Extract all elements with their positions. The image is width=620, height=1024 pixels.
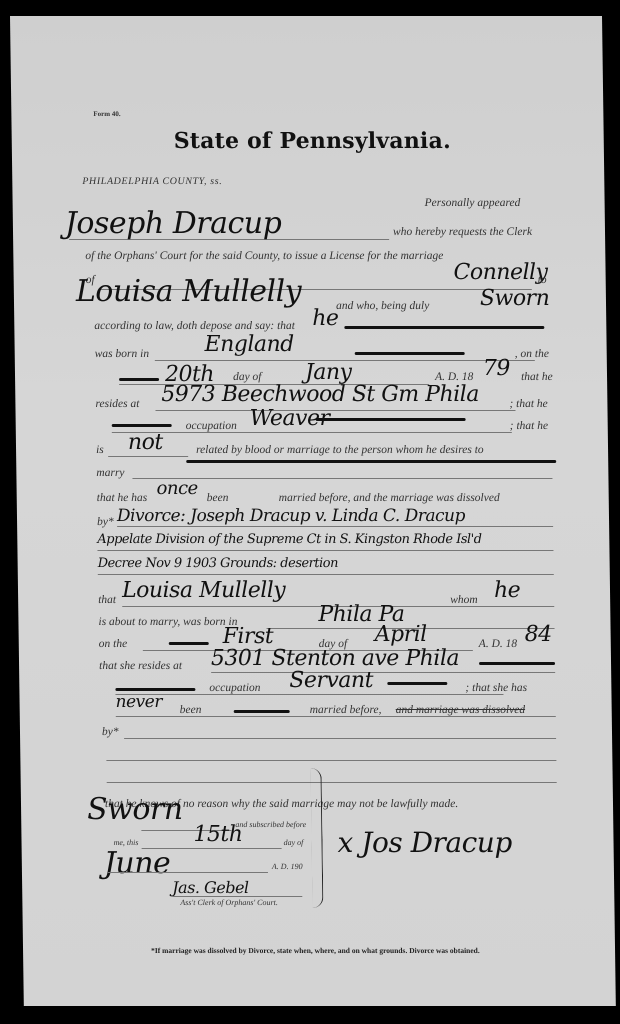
printed-married-before-dissolved: married before, and the marriage was dis… — [279, 492, 500, 504]
printed-marry: marry — [96, 467, 124, 479]
printed-is: is — [96, 444, 104, 456]
marriage-license-document: Form 40. State of Pennsylvania. PHILADEL… — [10, 16, 616, 1006]
pen-dash — [316, 418, 466, 421]
printed-been: been — [207, 492, 229, 504]
rule-by-2 — [124, 738, 556, 739]
printed-being-duly: and who, being duly — [336, 300, 429, 312]
pen-dash — [387, 682, 447, 685]
handwritten-applicant-signature: x Jos Dracup — [337, 826, 512, 859]
brace-divider — [311, 768, 324, 908]
printed-ad-18-2: A. D. 18 — [479, 638, 518, 650]
rule-she-resides — [211, 672, 555, 673]
printed-to: to — [538, 274, 547, 286]
pen-dash — [112, 424, 172, 427]
printed-sworn-subscribed: and subscribed before — [235, 820, 306, 829]
handwritten-birth-year: 79 — [483, 356, 510, 381]
rule-resides — [156, 410, 516, 411]
rule-divorce-3 — [98, 574, 554, 575]
printed-requests-clerk: who hereby requests the Clerk — [393, 226, 532, 238]
rule-month — [108, 872, 268, 873]
printed-orphans-court: of the Orphans' Court for the said Count… — [85, 250, 443, 262]
printed-struck-dissolved: and marriage was dissolved — [396, 704, 526, 716]
handwritten-divorce-line2: Appelate Division of the Supreme Ct in S… — [97, 532, 481, 547]
handwritten-he: he — [312, 306, 339, 331]
rule-clerk — [172, 896, 302, 897]
handwritten-bride-birth-year: 84 — [524, 622, 551, 647]
footnote: *If marriage was dissolved by Divorce, s… — [151, 946, 480, 955]
printed-on-the: , on the — [515, 348, 549, 360]
printed-ad-190: A. D. 190 — [272, 862, 303, 871]
handwritten-residence: 5973 Beechwood St Gm Phila — [161, 382, 479, 407]
handwritten-bride-married: never — [115, 692, 162, 712]
form-number: Form 40. — [93, 110, 120, 118]
pen-dash — [186, 460, 556, 463]
pen-dash — [479, 662, 555, 665]
rule-is — [108, 456, 188, 457]
handwritten-sworn-day: 15th — [193, 822, 242, 847]
rule-blank-2 — [107, 782, 557, 783]
printed-that-she-has: ; that she has — [465, 682, 527, 694]
handwritten-bride-name: Louisa Mullelly — [76, 274, 302, 309]
handwritten-connelly: Connelly — [453, 260, 547, 285]
printed-was-born-in: was born in — [95, 348, 149, 360]
county-heading: PHILADELPHIA COUNTY, ss. — [82, 176, 222, 187]
rule-occupation — [112, 432, 512, 433]
rule-occupation-2 — [115, 694, 503, 695]
printed-day-of-3: day of — [283, 838, 303, 847]
handwritten-related: not — [128, 430, 163, 455]
printed-that: that — [98, 594, 116, 606]
pen-dash — [119, 378, 159, 381]
printed-occupation-2: occupation — [209, 682, 260, 694]
rule-blank-1 — [106, 760, 556, 761]
pen-dash — [234, 710, 290, 713]
printed-that-he-has: that he has — [97, 492, 148, 504]
printed-whom: whom — [450, 594, 478, 606]
document-title: State of Pennsylvania. — [174, 128, 451, 154]
printed-that-he: that he — [521, 371, 553, 383]
handwritten-bride-name-2: Louisa Mullelly — [122, 578, 286, 603]
handwritten-applicant-name: Joseph Dracup — [65, 206, 282, 241]
printed-related-by-blood: related by blood or marriage to the pers… — [196, 444, 484, 456]
printed-by: by* — [97, 516, 114, 528]
handwritten-sworn: Sworn — [480, 286, 550, 311]
handwritten-divorce-line3: Decree Nov 9 1903 Grounds: desertion — [98, 556, 338, 571]
handwritten-clerk-signature: Jas. Gebel — [172, 878, 249, 897]
printed-occupation: occupation — [186, 420, 237, 432]
handwritten-divorce-line1: Divorce: Joseph Dracup v. Linda C. Dracu… — [117, 506, 465, 526]
printed-resides-at: resides at — [95, 398, 139, 410]
pen-dash — [115, 688, 195, 691]
handwritten-sworn-2: Sworn — [87, 792, 183, 827]
pen-dash — [169, 642, 209, 645]
handwritten-bride-occupation: Servant — [289, 668, 373, 693]
printed-on-the-2: on the — [99, 638, 128, 650]
printed-married-before-2: married before, — [310, 704, 382, 716]
printed-that-he-3: ; that he — [510, 420, 548, 432]
printed-been-2: been — [180, 704, 202, 716]
rule-by — [117, 526, 553, 527]
rule-divorce-2 — [97, 550, 553, 551]
handwritten-whom-he: he — [494, 578, 521, 603]
rule-never — [116, 716, 556, 717]
printed-that-he-2: ; that he — [509, 398, 547, 410]
printed-is-about-to-marry: is about to marry, was born in — [98, 616, 237, 628]
printed-clerk-title: Ass't Clerk of Orphans' Court. — [180, 898, 278, 907]
printed-that-she-resides: that she resides at — [99, 660, 182, 672]
printed-personally-appeared: Personally appeared — [425, 197, 521, 209]
pen-dash — [344, 326, 544, 329]
printed-by-2: by* — [102, 726, 119, 738]
pen-dash — [355, 352, 465, 355]
handwritten-times-married: once — [156, 478, 197, 499]
handwritten-birthplace: England — [204, 332, 294, 357]
handwritten-sworn-month: June — [104, 846, 171, 881]
printed-according-to-law: according to law, doth depose and say: t… — [94, 320, 295, 332]
handwritten-bride-birth-month: April — [374, 622, 426, 647]
